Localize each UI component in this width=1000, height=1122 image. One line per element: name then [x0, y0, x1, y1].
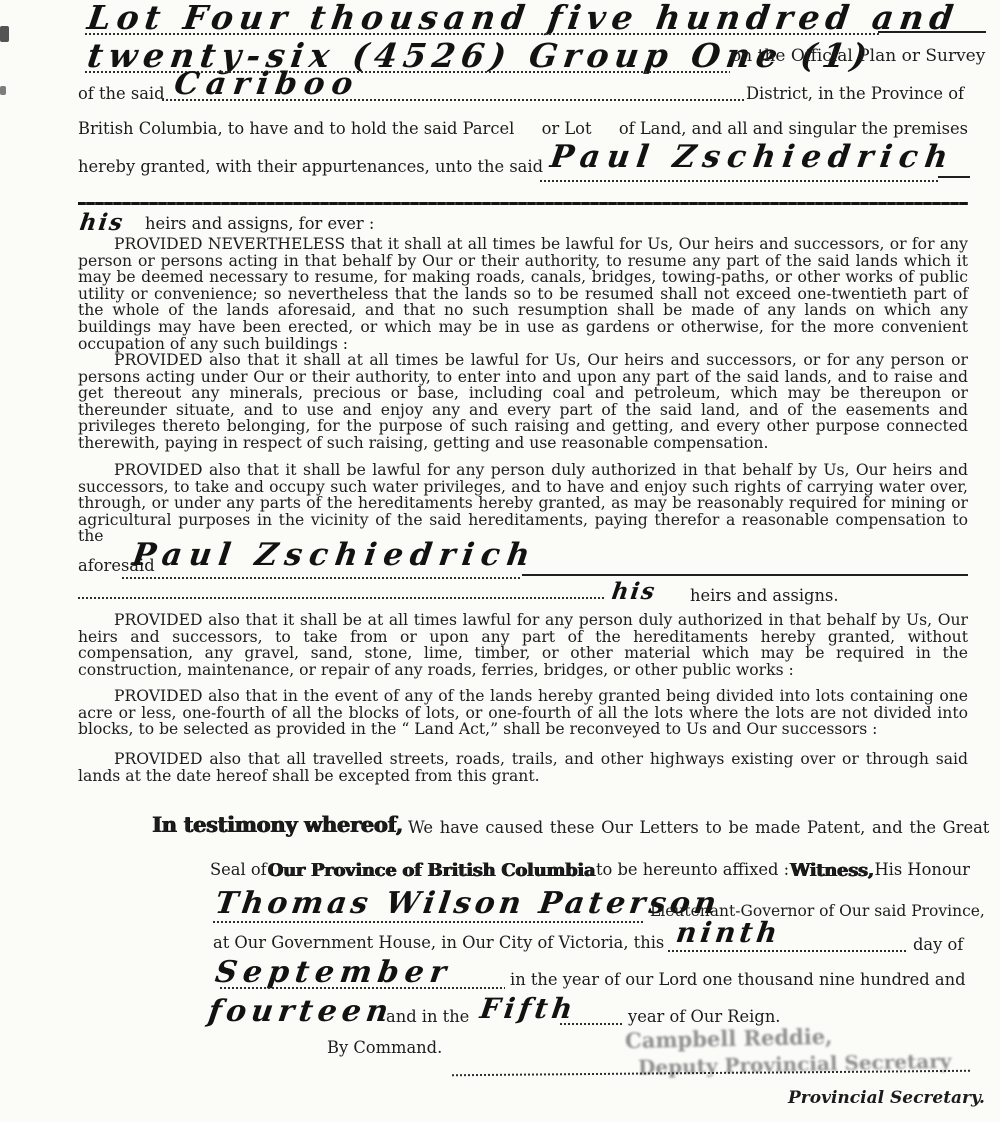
day-of-text: day of — [913, 935, 963, 954]
fill-in-rule — [162, 99, 744, 101]
fill-in-rule — [878, 31, 986, 33]
his-handwriting: his — [610, 578, 658, 605]
grantee-name-handwriting: Paul Zschiedrich — [548, 139, 957, 175]
aforesaid-name-handwriting: Paul Zschiedrich — [130, 537, 539, 573]
fill-in-rule — [78, 597, 606, 599]
great-seal-line: Seal of Our Province of British Columbia… — [210, 860, 970, 881]
fill-in-rule — [85, 33, 880, 35]
plan-or-survey-text: on the Official Plan or Survey — [731, 46, 985, 66]
district-name-handwriting: Cariboo — [172, 66, 362, 102]
provided-clause-minerals: PROVIDED also that it shall at all times… — [78, 352, 968, 452]
habendum-part-a: British Columbia, to have and to hold th… — [78, 119, 514, 138]
his-handwriting: his — [78, 209, 126, 236]
affixed-text: to be hereunto affixed : — [596, 860, 789, 881]
year-line-text: in the year of our Lord one thousand nin… — [510, 970, 966, 989]
fill-in-rule — [540, 180, 940, 182]
province-gothic-text: Our Province of British Columbia — [268, 860, 596, 881]
by-command-text: By Command. — [327, 1038, 442, 1057]
month-handwriting: September — [213, 955, 454, 990]
fill-in-rule — [938, 176, 970, 178]
year-handwriting: fourteen — [206, 994, 395, 1029]
provided-clause-materials: PROVIDED also that it shall be at all ti… — [78, 612, 968, 678]
fill-in-rule — [522, 574, 968, 576]
day-handwriting: ninth — [674, 916, 783, 949]
heirs-assigns-text: heirs and assigns. — [690, 586, 839, 605]
deputy-secretary-stamp-line1: Campbell Reddie, — [625, 1024, 833, 1053]
lieutenant-governor-signature-handwriting: Thomas Wilson Paterson — [213, 886, 722, 921]
his-honour-text: His Honour — [874, 860, 970, 881]
habendum-part-c: of Land, and all and singular the premis… — [619, 119, 968, 138]
provided-clause-resumption: PROVIDED NEVERTHELESS that it shall at a… — [78, 236, 968, 352]
reign-year-handwriting: Fifth — [478, 992, 578, 1025]
unto-the-said-text: hereby granted, with their appurtenances… — [78, 157, 543, 176]
habendum-line: British Columbia, to have and to hold th… — [78, 119, 968, 138]
year-of-reign-text: year of Our Reign. — [628, 1007, 780, 1026]
deputy-secretary-stamp-line2: Deputy Provincial Secretary — [638, 1049, 952, 1080]
scan-artifact — [0, 86, 6, 95]
letters-patent-document: Lot Four thousand five hundred and twent… — [0, 0, 1000, 1122]
lot-description-line1-handwriting: Lot Four thousand five hundred and — [85, 0, 962, 37]
of-the-said-label: of the said — [78, 84, 165, 103]
provided-clause-highways: PROVIDED also that all travelled streets… — [78, 751, 968, 784]
victoria-line-text: at Our Government House, in Our City of … — [213, 933, 664, 952]
section-divider-rule — [78, 202, 968, 205]
provincial-secretary-title: Provincial Secretary. — [788, 1088, 985, 1108]
scan-artifact — [0, 26, 9, 42]
in-testimony-whereof-gothic: In testimony whereof, — [152, 812, 403, 837]
fill-in-rule — [668, 950, 908, 952]
fill-in-rule — [122, 577, 522, 579]
testimony-text: We have caused these Our Letters to be m… — [408, 818, 989, 837]
fill-in-rule — [220, 987, 505, 989]
fill-in-rule — [213, 921, 645, 923]
and-in-the-text: and in the — [386, 1007, 469, 1026]
district-province-text: District, in the Province of — [746, 84, 964, 103]
heirs-forever-text: heirs and assigns, for ever : — [145, 214, 374, 233]
provided-clause-water: PROVIDED also that it shall be lawful fo… — [78, 462, 968, 545]
fill-in-rule — [560, 1023, 622, 1025]
provided-clause-land-act: PROVIDED also that in the event of any o… — [78, 688, 968, 738]
habendum-part-b: or Lot — [542, 119, 592, 138]
seal-of-text: Seal of — [210, 860, 267, 881]
witness-gothic-text: Witness, — [790, 860, 874, 881]
